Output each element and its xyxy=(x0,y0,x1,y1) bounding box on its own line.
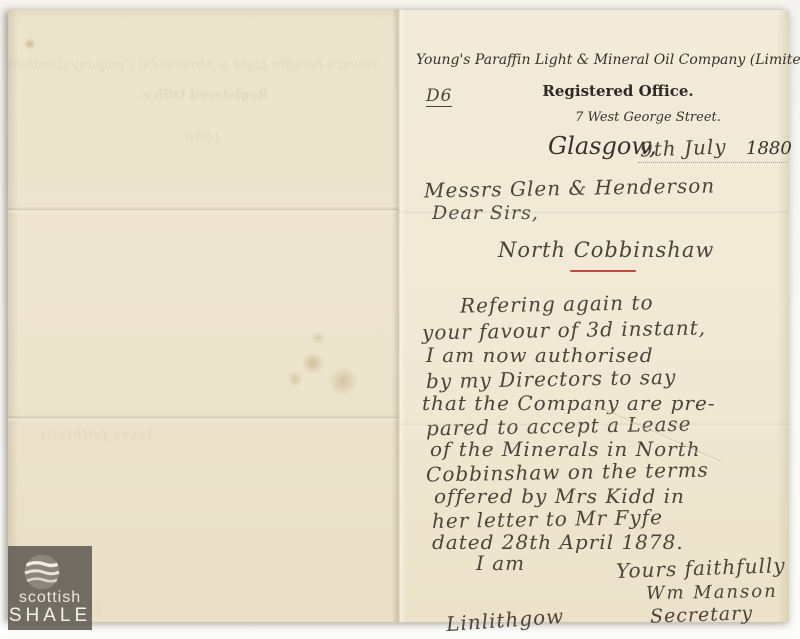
watermark-text-shale: SHALE xyxy=(9,606,91,626)
date-handwritten: 9th July xyxy=(640,134,727,161)
bleedthrough-office-line: Registered Office. xyxy=(98,88,308,103)
subject-red-underline xyxy=(570,270,636,272)
bleedthrough-text-lower: Yours faithfully xyxy=(38,428,154,443)
letter-right-page: Young's Paraffin Light & Mineral Oil Com… xyxy=(398,10,789,622)
letter-paper: Young's Paraffin Light & Mineral Oil Com… xyxy=(8,10,789,622)
closing-line: Yours faithfully xyxy=(616,553,786,583)
signature-title: Secretary xyxy=(650,602,754,628)
body-line: Refering again to xyxy=(460,290,654,317)
fold-crease-upper xyxy=(8,207,398,213)
subject-line: North Cobbinshaw xyxy=(498,238,714,262)
bleedthrough-date-line: 1880 xyxy=(78,128,328,146)
letterhead-ref-number: D6 xyxy=(426,86,452,107)
signature: Wm Manson xyxy=(646,581,778,604)
date-year: 1880 xyxy=(746,138,792,159)
letterhead-registered-office: Registered Office. xyxy=(518,82,718,100)
stain-middle-3 xyxy=(286,372,304,386)
scottish-shale-watermark: scottish SHALE xyxy=(8,546,92,630)
center-fold xyxy=(392,10,406,622)
bleedthrough-company-line: Young's Paraffin Light & Mineral Oil Com… xyxy=(28,58,378,73)
globe-icon xyxy=(22,552,62,592)
stain-middle-4 xyxy=(310,332,326,344)
body-line: I am now authorised xyxy=(426,343,654,367)
fold-crease-right-lower xyxy=(398,422,789,428)
letter-photograph: Young's Paraffin Light & Mineral Oil Com… xyxy=(0,0,800,639)
stain-middle-2 xyxy=(326,368,360,394)
place-line: Linlithgow xyxy=(445,604,565,636)
stain-top-left xyxy=(24,38,36,50)
body-line: Cobbinshaw on the terms xyxy=(426,458,709,487)
fold-crease-right-upper xyxy=(398,210,789,216)
body-line: her letter to Mr Fyfe xyxy=(432,505,663,533)
recipient-line: Messrs Glen & Henderson xyxy=(424,173,716,202)
letterhead-street-address: 7 West George Street. xyxy=(548,110,748,125)
fold-crease-lower xyxy=(8,415,398,421)
body-line: your favour of 3d instant, xyxy=(422,316,706,345)
letterhead-company-name: Young's Paraffin Light & Mineral Oil Com… xyxy=(416,52,784,68)
letter-left-page: Young's Paraffin Light & Mineral Oil Com… xyxy=(8,10,398,622)
body-line: dated 28th April 1878. xyxy=(432,530,684,554)
stain-middle-1 xyxy=(300,353,326,373)
date-rule-line xyxy=(638,162,788,163)
body-line: by my Directors to say xyxy=(426,365,677,393)
closing-i-am: I am xyxy=(476,551,525,575)
